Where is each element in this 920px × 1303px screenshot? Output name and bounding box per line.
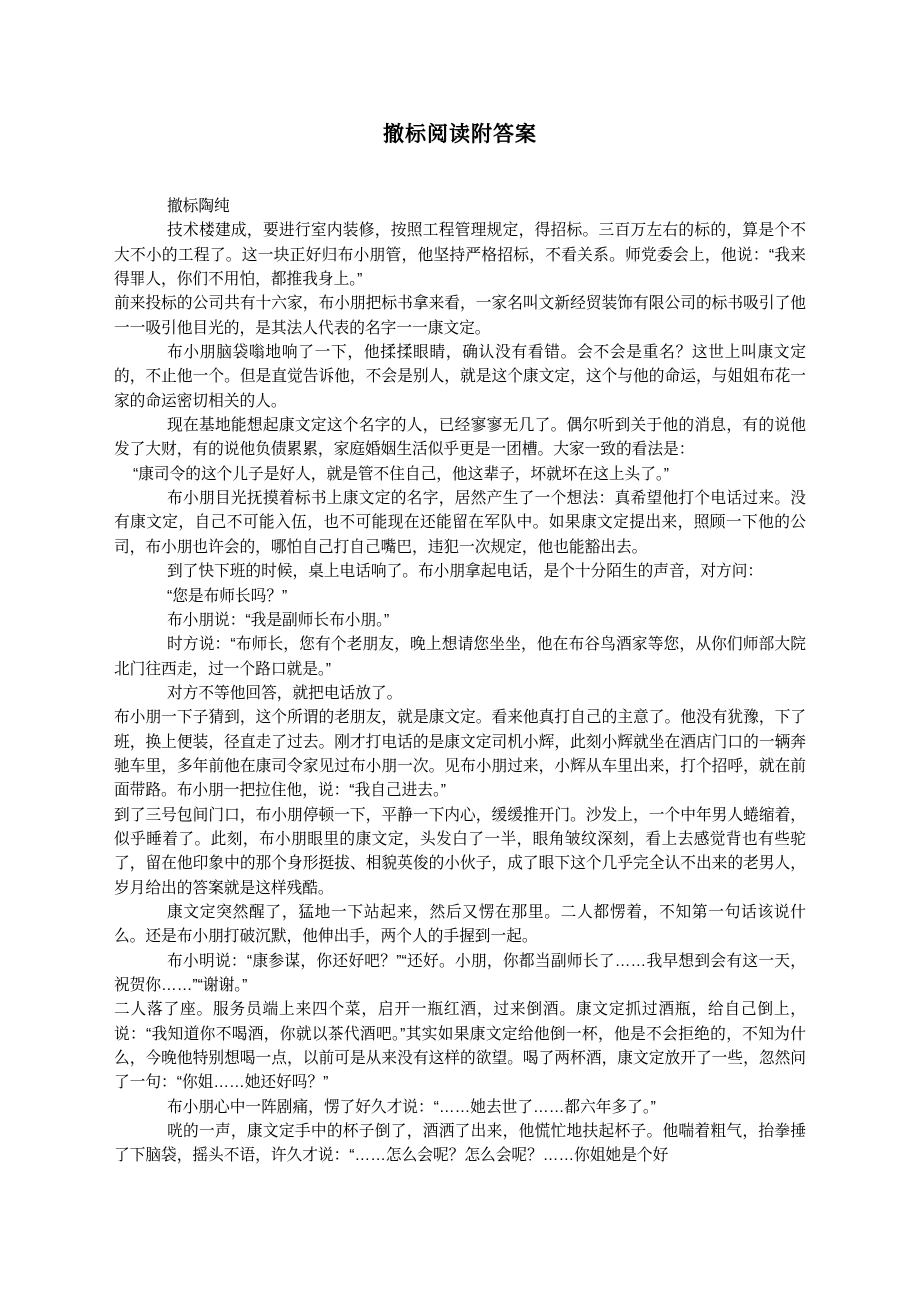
paragraph: 咣的一声，康文定手中的杯子倒了，酒洒了出来，他慌忙地扶起杯子。他喘着粗气，抬拳捶… — [114, 1120, 806, 1169]
document-title: 撤标阅读附答案 — [114, 121, 806, 148]
document-body: 撤标陶纯技术楼建成，要进行室内装修，按照工程管理规定，得招标。三百万左右的标的，… — [114, 195, 806, 1169]
paragraph: 技术楼建成，要进行室内装修，按照工程管理规定，得招标。三百万左右的标的，算是个不… — [114, 219, 806, 292]
paragraph: 二人落了座。服务员端上来四个菜，启开一瓶红酒，过来倒酒。康文定抓过酒瓶，给自己倒… — [114, 998, 806, 1095]
paragraph: 布小朋脑袋嗡地响了一下，他揉揉眼睛，确认没有看错。会不会是重名？这世上叫康文定的… — [114, 341, 806, 414]
paragraph: 布小朋心中一阵剧痛，愣了好久才说：“……她去世了……都六年多了。” — [114, 1096, 806, 1120]
paragraph: “康司令的这个儿子是好人，就是管不住自己，他这辈子，坏就坏在这上头了。” — [114, 463, 806, 487]
paragraph: 时方说：“布师长，您有个老朋友，晚上想请您坐坐，他在布谷鸟酒家等您，从你们师部大… — [114, 633, 806, 682]
paragraph: 到了三号包间门口，布小朋停顿一下，平静一下内心，缓缓推开门。沙发上，一个中年男人… — [114, 804, 806, 901]
paragraph: “您是布师长吗？” — [114, 585, 806, 609]
document-page: 撤标阅读附答案 撤标陶纯技术楼建成，要进行室内装修，按照工程管理规定，得招标。三… — [0, 0, 920, 1303]
paragraph: 撤标陶纯 — [114, 195, 806, 219]
paragraph: 现在基地能想起康文定这个名字的人，已经寥寥无几了。偶尔听到关于他的消息，有的说他… — [114, 414, 806, 463]
paragraph: 布小朋说：“我是副师长布小朋。” — [114, 609, 806, 633]
paragraph: 布小明说：“康参谋，你还好吧？”“还好。小朋，你都当副师长了……我早想到会有这一… — [114, 950, 806, 999]
paragraph: 康文定突然醒了，猛地一下站起来，然后又愣在那里。二人都愣着，不知第一句话该说什么… — [114, 901, 806, 950]
paragraph: 布小朋一下子猜到，这个所谓的老朋友，就是康文定。看来他真打自己的主意了。他没有犹… — [114, 706, 806, 803]
paragraph: 布小朋目光抚摸着标书上康文定的名字，居然产生了一个想法：真希望他打个电话过来。没… — [114, 487, 806, 560]
paragraph: 对方不等他回答，就把电话放了。 — [114, 682, 806, 706]
paragraph: 前来投标的公司共有十六家，布小朋把标书拿来看，一家名叫文新经贸装饰有限公司的标书… — [114, 292, 806, 341]
paragraph: 到了快下班的时候，桌上电话响了。布小朋拿起电话，是个十分陌生的声音，对方问： — [114, 560, 806, 584]
